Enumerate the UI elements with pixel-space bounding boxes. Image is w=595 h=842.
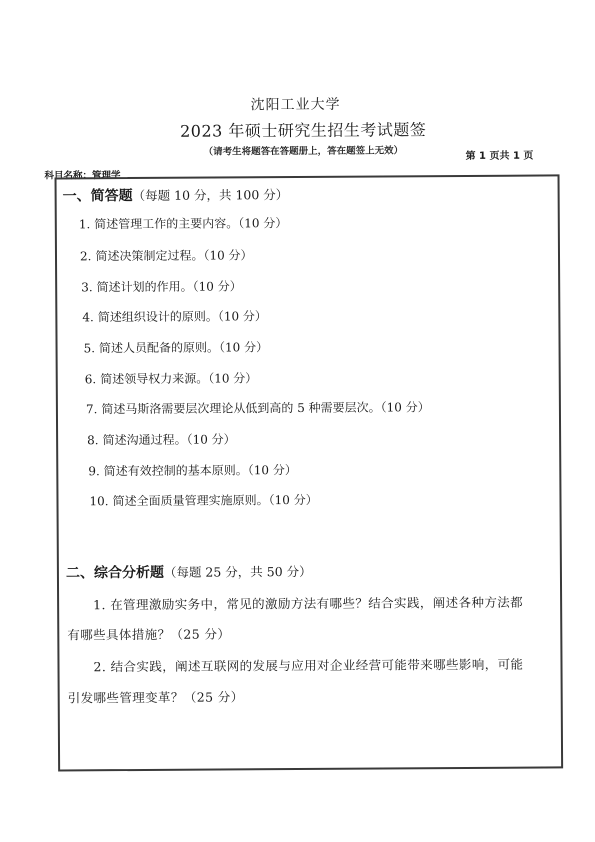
question-1-5: 5.简述人员配备的原则。（10 分） bbox=[84, 338, 269, 356]
question-number: 2. bbox=[80, 249, 92, 263]
exam-title: 2023 年硕士研究生招生考试题签 bbox=[0, 116, 595, 143]
question-text: 简述计划的作用。（10 分） bbox=[97, 279, 242, 294]
question-1-3: 3.简述计划的作用。（10 分） bbox=[81, 277, 242, 295]
school-name: 沈阳工业大学 bbox=[0, 92, 593, 116]
question-number: 5. bbox=[84, 341, 96, 355]
question-number: 1. bbox=[79, 217, 91, 231]
question-1-8: 8.简述沟通过程。（10 分） bbox=[87, 430, 236, 448]
section-1-note: （每题 10 分，共 100 分） bbox=[133, 187, 289, 203]
question-1-1: 1.简述管理工作的主要内容。（10 分） bbox=[79, 214, 288, 232]
question-text: 简述管理工作的主要内容。（10 分） bbox=[94, 216, 287, 231]
question-number: 7. bbox=[86, 402, 98, 416]
section-1-heading: 一、简答题（每题 10 分，共 100 分） bbox=[63, 184, 289, 205]
question-1-6: 6.简述领导权力来源。（10 分） bbox=[85, 369, 258, 387]
question-1-2: 2.简述决策制定过程。（10 分） bbox=[80, 246, 253, 264]
question-text: 简述人员配备的原则。（10 分） bbox=[99, 340, 268, 355]
question-number: 9. bbox=[88, 464, 100, 478]
question-1-10: 10.简述全面质量管理实施原则。（10 分） bbox=[89, 491, 317, 509]
question-2-1-line2: 有哪些具体措施？（25 分） bbox=[67, 624, 230, 643]
question-text: 简述有效控制的基本原则。（10 分） bbox=[104, 463, 297, 478]
question-text: 简述组织设计的原则。（10 分） bbox=[98, 309, 267, 324]
exam-page: 沈阳工业大学 2023 年硕士研究生招生考试题签 （请考生将题答在答题册上，答在… bbox=[0, 0, 595, 842]
question-number: 10. bbox=[89, 494, 108, 508]
question-number: 6. bbox=[85, 372, 97, 386]
question-text: 简述沟通过程。（10 分） bbox=[103, 432, 236, 447]
question-number: 3. bbox=[81, 280, 93, 294]
question-1-4: 4.简述组织设计的原则。（10 分） bbox=[82, 307, 267, 325]
section-2-title: 二、综合分析题 bbox=[66, 565, 164, 582]
question-text: 简述领导权力来源。（10 分） bbox=[100, 371, 257, 386]
question-text: 简述全面质量管理实施原则。（10 分） bbox=[113, 493, 318, 508]
question-number: 4. bbox=[82, 310, 94, 324]
section-1-title: 一、简答题 bbox=[63, 188, 133, 204]
section-2-note: （每题 25 分，共 50 分） bbox=[164, 564, 312, 580]
section-2-heading: 二、综合分析题（每题 25 分，共 50 分） bbox=[66, 561, 312, 583]
question-2-1-line1: 1. 在管理激励实务中，常见的激励方法有哪些？结合实践，阐述各种方法都 bbox=[93, 593, 523, 614]
question-text: 简述决策制定过程。（10 分） bbox=[95, 248, 252, 263]
question-1-9: 9.简述有效控制的基本原则。（10 分） bbox=[88, 461, 297, 479]
question-number: 8. bbox=[87, 433, 99, 447]
page-info: 第 1 页共 1 页 bbox=[465, 147, 533, 162]
question-2-2-line1: 2. 结合实践，阐述互联网的发展与应用对企业经营可能带来哪些影响，可能 bbox=[93, 655, 523, 676]
question-2-2-line2: 引发哪些管理变革？（25 分） bbox=[68, 687, 244, 706]
question-1-7: 7.简述马斯洛需要层次理论从低到高的 5 种需要层次。（10 分） bbox=[86, 398, 430, 417]
question-text: 简述马斯洛需要层次理论从低到高的 5 种需要层次。（10 分） bbox=[101, 400, 429, 416]
